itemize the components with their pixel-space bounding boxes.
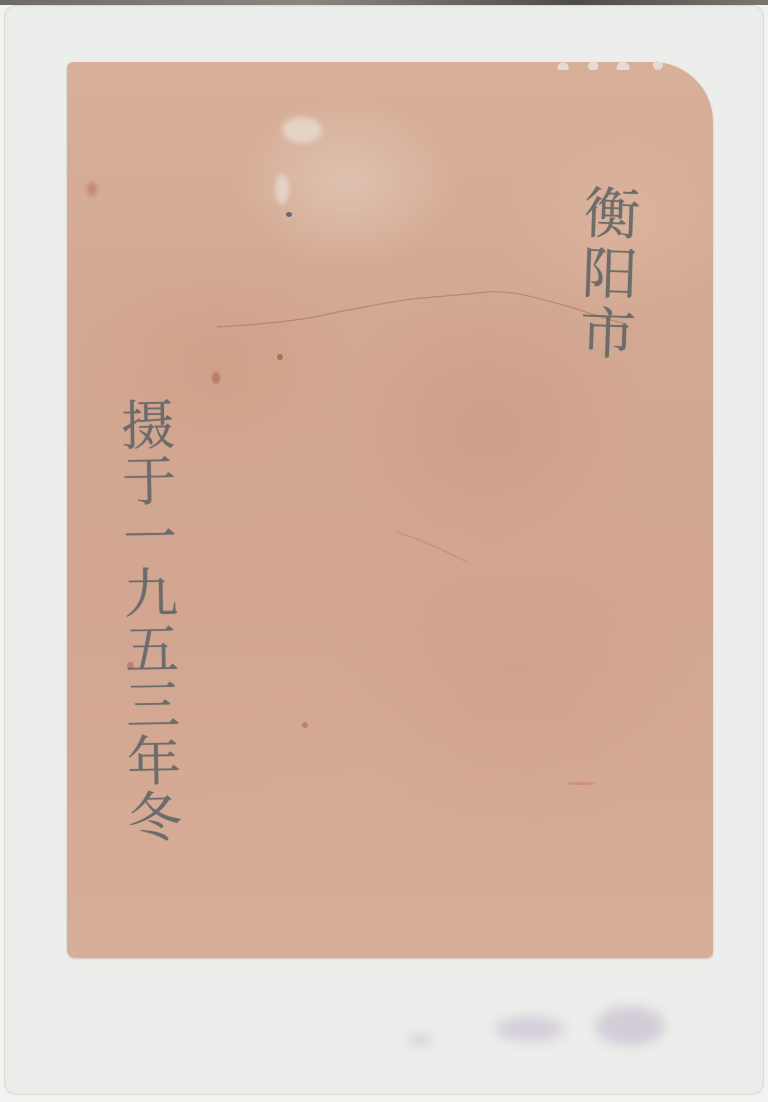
stain-spot <box>282 117 322 143</box>
stain-spot <box>302 722 308 728</box>
sleeve-smudge <box>495 1016 565 1042</box>
stain-spot <box>275 174 289 204</box>
sleeve-smudge <box>410 1036 430 1044</box>
torn-corner <box>553 62 713 70</box>
stain-spot <box>212 372 220 384</box>
stain-spot <box>87 182 97 196</box>
ink-dot <box>286 212 292 217</box>
inscription-location: 衡阳市 <box>574 183 636 365</box>
photo-back: 衡阳市 摄于一九五三年冬 <box>67 62 713 958</box>
inscription-date: 摄于一九五三年冬 <box>115 397 179 846</box>
sleeve-smudge <box>595 1006 665 1046</box>
stain-spot <box>567 782 595 785</box>
stain-spot <box>277 354 283 360</box>
